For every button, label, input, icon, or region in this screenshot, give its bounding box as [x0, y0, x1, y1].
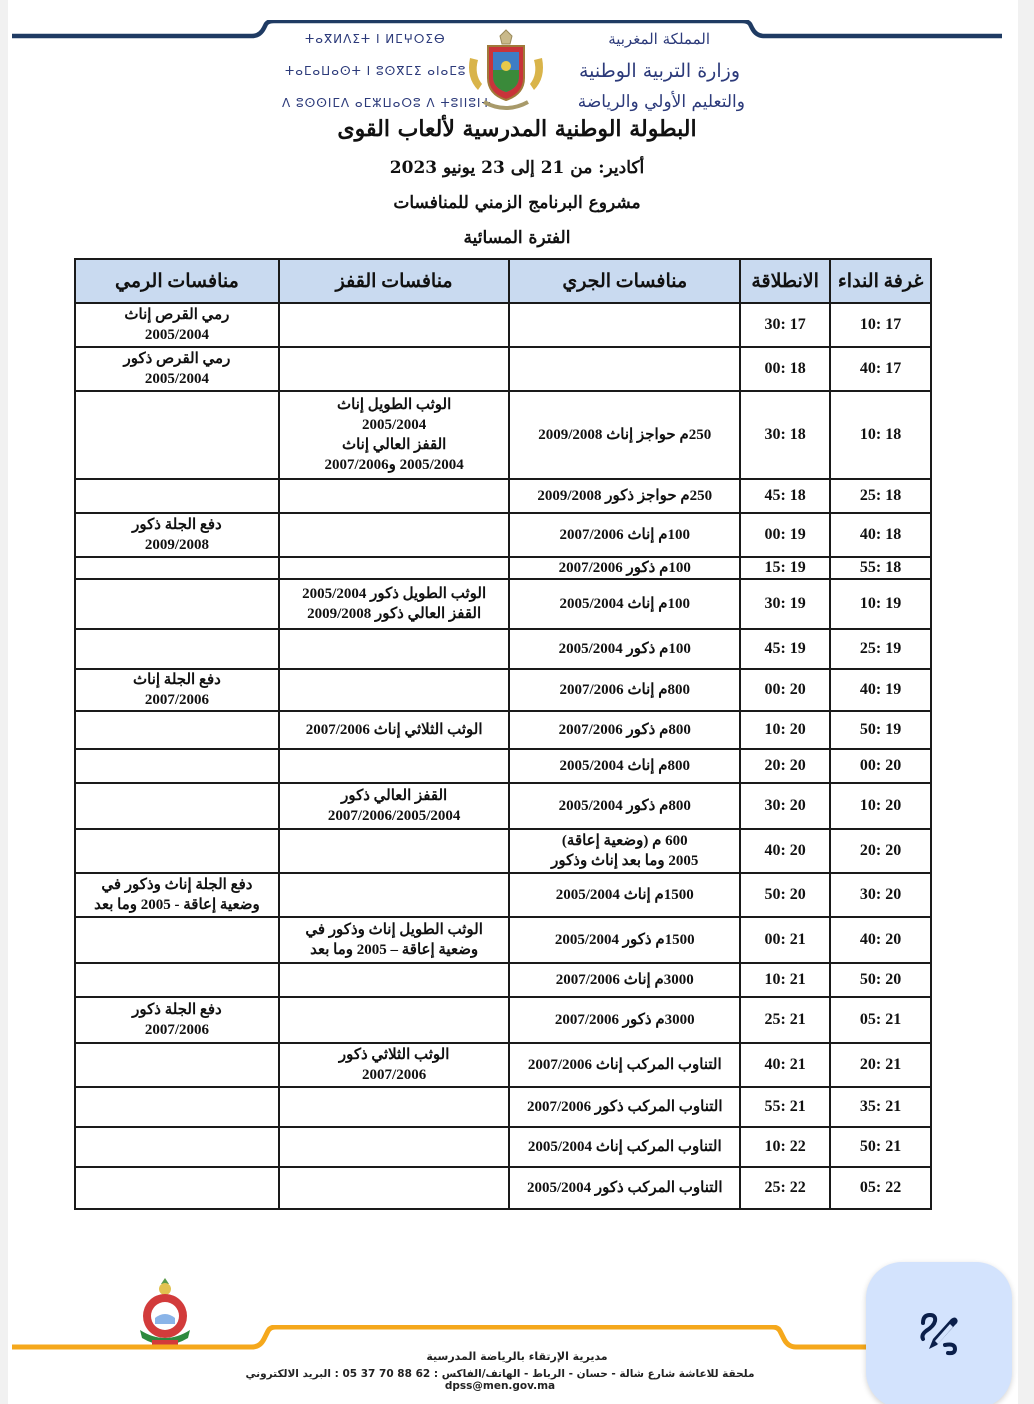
start-time-cell: 18 :45	[740, 479, 830, 513]
running-event-cell: 3000م ذكور 2007/2006	[509, 997, 740, 1043]
jumping-event-cell: الوثب الطويل ذكور 2005/2004 القفز العالي…	[279, 579, 510, 629]
table-row: 19 :1019 :30100م إناث 2005/2004الوثب الط…	[75, 579, 931, 629]
document-subtitle: مشروع البرنامج الزمني للمنافسات	[0, 193, 1034, 213]
start-time-cell: 18 :00	[740, 347, 830, 391]
start-time-cell: 20 :30	[740, 783, 830, 829]
running-event-cell: 100م ذكور 2005/2004	[509, 629, 740, 669]
start-time-cell: 21 :10	[740, 963, 830, 997]
table-row: 18 :1018 :30250م حواجز إناث 2009/2008الو…	[75, 391, 931, 479]
table-row: 20 :1020 :30800م ذكور 2005/2004القفز الع…	[75, 783, 931, 829]
throwing-event-cell	[75, 1087, 279, 1127]
call-room-time-cell: 21 :50	[830, 1127, 931, 1167]
jumping-event-cell: الوثب الطويل إناث وذكور في وضعية إعاقة –…	[279, 917, 510, 963]
start-time-cell: 21 :55	[740, 1087, 830, 1127]
column-header-throwing: منافسات الرمي	[75, 259, 279, 303]
ministry2-tifinagh: ⴷ ⵓⵙⵙⵏⵎⴷ ⴰⵎⵣⵡⴰⵔⵓ ⴷ ⵜⵓⵏⵏⵓⵏⵜ	[282, 96, 492, 110]
running-event-cell	[509, 347, 740, 391]
call-room-time-cell: 22 :05	[830, 1167, 931, 1209]
start-time-cell: 20 :10	[740, 711, 830, 749]
throwing-event-cell: دفع الجلة ذكور 2009/2008	[75, 513, 279, 557]
document-title: البطولة الوطنية المدرسية لألعاب القوى	[0, 116, 1034, 142]
call-room-time-cell: 21 :05	[830, 997, 931, 1043]
table-row: 19 :4020 :00800م إناث 2007/2006دفع الجلة…	[75, 669, 931, 711]
start-time-cell: 19 :00	[740, 513, 830, 557]
table-row: 21 :2021 :40التناوب المركب إناث 2007/200…	[75, 1043, 931, 1087]
call-room-time-cell: 17 :10	[830, 303, 931, 347]
running-event-cell: 1500م إناث 2005/2004	[509, 873, 740, 917]
running-event-cell: 250م حواجز ذكور 2009/2008	[509, 479, 740, 513]
throwing-event-cell: دفع الجلة إناث وذكور في وضعية إعاقة - 20…	[75, 873, 279, 917]
running-event-cell: 100م إناث 2005/2004	[509, 579, 740, 629]
throwing-event-cell	[75, 557, 279, 579]
throwing-event-cell	[75, 629, 279, 669]
jumping-event-cell: الوثب الثلاثي إناث 2007/2006	[279, 711, 510, 749]
morocco-coat-of-arms-icon	[464, 28, 548, 114]
call-room-time-cell: 21 :20	[830, 1043, 931, 1087]
draw-button[interactable]	[866, 1262, 1012, 1404]
jumping-event-cell: الوثب الطويل إناث 2005/2004 القفز العالي…	[279, 391, 510, 479]
event-dates: أكادير: من 21 إلى 23 يونيو 2023	[0, 158, 1034, 178]
jumping-event-cell	[279, 479, 510, 513]
call-room-time-cell: 18 :55	[830, 557, 931, 579]
start-time-cell: 20 :50	[740, 873, 830, 917]
call-room-time-cell: 20 :40	[830, 917, 931, 963]
call-room-time-cell: 20 :10	[830, 783, 931, 829]
running-event-cell: 800م إناث 2007/2006	[509, 669, 740, 711]
table-row: 20 :5021 :103000م إناث 2007/2006	[75, 963, 931, 997]
table-row: 18 :2518 :45250م حواجز ذكور 2009/2008	[75, 479, 931, 513]
column-header-running: منافسات الجري	[509, 259, 740, 303]
table-row: 20 :3020 :501500م إناث 2005/2004دفع الجل…	[75, 873, 931, 917]
running-event-cell: 800م إناث 2005/2004	[509, 749, 740, 783]
running-event-cell	[509, 303, 740, 347]
ministry-tifinagh: ⵜⴰⵎⴰⵡⴰⵙⵜ ⵏ ⵓⵙⴳⵎⵉ ⴰⵏⴰⵎⵓ	[285, 64, 466, 78]
throwing-event-cell	[75, 963, 279, 997]
call-room-time-cell: 17 :40	[830, 347, 931, 391]
start-time-cell: 19 :15	[740, 557, 830, 579]
running-event-cell: التناوب المركب ذكور 2005/2004	[509, 1167, 740, 1209]
table-row: 21 :3521 :55التناوب المركب ذكور 2007/200…	[75, 1087, 931, 1127]
jumping-event-cell	[279, 749, 510, 783]
jumping-event-cell	[279, 963, 510, 997]
table-row: 21 :5022 :10التناوب المركب إناث 2005/200…	[75, 1127, 931, 1167]
start-time-cell: 21 :25	[740, 997, 830, 1043]
jumping-event-cell: الوثب الثلاثي ذكور 2007/2006	[279, 1043, 510, 1087]
ministry2-arabic: والتعليم الأولي والرياضة	[540, 92, 745, 112]
table-row: 21 :0521 :253000م ذكور 2007/2006دفع الجل…	[75, 997, 931, 1043]
jumping-event-cell	[279, 829, 510, 873]
start-time-cell: 17 :30	[740, 303, 830, 347]
call-room-time-cell: 20 :20	[830, 829, 931, 873]
column-header-jumping: منافسات القفز	[279, 259, 510, 303]
table-row: 22 :0522 :25التناوب المركب ذكور 2005/200…	[75, 1167, 931, 1209]
running-event-cell: التناوب المركب إناث 2007/2006	[509, 1043, 740, 1087]
start-time-cell: 21 :00	[740, 917, 830, 963]
throwing-event-cell: دفع الجلة ذكور 2007/2006	[75, 997, 279, 1043]
running-event-cell: 250م حواجز إناث 2009/2008	[509, 391, 740, 479]
throwing-event-cell	[75, 917, 279, 963]
jumping-event-cell	[279, 513, 510, 557]
call-room-time-cell: 20 :00	[830, 749, 931, 783]
call-room-time-cell: 18 :40	[830, 513, 931, 557]
call-room-time-cell: 19 :40	[830, 669, 931, 711]
throwing-event-cell	[75, 749, 279, 783]
running-event-cell: 100م ذكور 2007/2006	[509, 557, 740, 579]
throwing-event-cell	[75, 1167, 279, 1209]
running-event-cell: 600 م (وضعية إعاقة) 2005 وما بعد إناث وذ…	[509, 829, 740, 873]
call-room-time-cell: 20 :30	[830, 873, 931, 917]
call-room-time-cell: 18 :10	[830, 391, 931, 479]
draw-pencil-icon	[915, 1309, 963, 1361]
start-time-cell: 19 :45	[740, 629, 830, 669]
throwing-event-cell: رمي القرص إناث 2005/2004	[75, 303, 279, 347]
table-row: 19 :5020 :10800م ذكور 2007/2006الوثب الث…	[75, 711, 931, 749]
footer-address: ملحقة للاعاشة شارع شالة - حسان - الرباط …	[200, 1368, 800, 1392]
jumping-event-cell	[279, 1167, 510, 1209]
start-time-cell: 22 :10	[740, 1127, 830, 1167]
call-room-time-cell: 18 :25	[830, 479, 931, 513]
throwing-event-cell	[75, 829, 279, 873]
throwing-event-cell	[75, 711, 279, 749]
table-row: 18 :5519 :15100م ذكور 2007/2006	[75, 557, 931, 579]
jumping-event-cell	[279, 1127, 510, 1167]
throwing-event-cell	[75, 783, 279, 829]
table-row: 20 :2020 :40600 م (وضعية إعاقة) 2005 وما…	[75, 829, 931, 873]
throwing-event-cell	[75, 579, 279, 629]
running-event-cell: 1500م ذكور 2005/2004	[509, 917, 740, 963]
throwing-event-cell	[75, 1043, 279, 1087]
running-event-cell: 100م إناث 2007/2006	[509, 513, 740, 557]
throwing-event-cell	[75, 479, 279, 513]
column-header-call-room: غرفة النداء	[830, 259, 931, 303]
running-event-cell: 3000م إناث 2007/2006	[509, 963, 740, 997]
table-row: 20 :0020 :20800م إناث 2005/2004	[75, 749, 931, 783]
throwing-event-cell	[75, 391, 279, 479]
kingdom-arabic: المملكة المغربية	[560, 30, 710, 48]
ministry-arabic: وزارة التربية الوطنية	[540, 60, 740, 82]
jumping-event-cell	[279, 1087, 510, 1127]
throwing-event-cell	[75, 1127, 279, 1167]
start-time-cell: 22 :25	[740, 1167, 830, 1209]
running-event-cell: التناوب المركب ذكور 2007/2006	[509, 1087, 740, 1127]
call-room-time-cell: 19 :50	[830, 711, 931, 749]
start-time-cell: 20 :20	[740, 749, 830, 783]
start-time-cell: 20 :00	[740, 669, 830, 711]
jumping-event-cell	[279, 997, 510, 1043]
table-row: 18 :4019 :00100م إناث 2007/2006دفع الجلة…	[75, 513, 931, 557]
start-time-cell: 18 :30	[740, 391, 830, 479]
jumping-event-cell	[279, 557, 510, 579]
running-event-cell: التناوب المركب إناث 2005/2004	[509, 1127, 740, 1167]
table-header-row: غرفة النداء الانطلاقة منافسات الجري مناف…	[75, 259, 931, 303]
running-event-cell: 800م ذكور 2007/2006	[509, 711, 740, 749]
call-room-time-cell: 19 :10	[830, 579, 931, 629]
jumping-event-cell	[279, 303, 510, 347]
table-row: 17 :4018 :00رمي القرص ذكور 2005/2004	[75, 347, 931, 391]
jumping-event-cell	[279, 873, 510, 917]
jumping-event-cell	[279, 629, 510, 669]
table-row: 20 :4021 :001500م ذكور 2005/2004الوثب ال…	[75, 917, 931, 963]
jumping-event-cell	[279, 347, 510, 391]
kingdom-tifinagh: ⵜⴰⴳⵍⴷⵉⵜ ⵏ ⵍⵎⵖⵔⵉⴱ	[305, 32, 446, 46]
start-time-cell: 21 :40	[740, 1043, 830, 1087]
jumping-event-cell	[279, 669, 510, 711]
throwing-event-cell: دفع الجلة إناث 2007/2006	[75, 669, 279, 711]
running-event-cell: 800م ذكور 2005/2004	[509, 783, 740, 829]
start-time-cell: 20 :40	[740, 829, 830, 873]
column-header-start: الانطلاقة	[740, 259, 830, 303]
jumping-event-cell: القفز العالي ذكور 2007/2006/2005/2004	[279, 783, 510, 829]
schedule-table: غرفة النداء الانطلاقة منافسات الجري مناف…	[74, 258, 932, 1210]
table-row: 19 :2519 :45100م ذكور 2005/2004	[75, 629, 931, 669]
table-row: 17 :1017 :30رمي القرص إناث 2005/2004	[75, 303, 931, 347]
session-period: الفترة المسائية	[0, 228, 1034, 248]
call-room-time-cell: 19 :25	[830, 629, 931, 669]
call-room-time-cell: 20 :50	[830, 963, 931, 997]
start-time-cell: 19 :30	[740, 579, 830, 629]
throwing-event-cell: رمي القرص ذكور 2005/2004	[75, 347, 279, 391]
call-room-time-cell: 21 :35	[830, 1087, 931, 1127]
